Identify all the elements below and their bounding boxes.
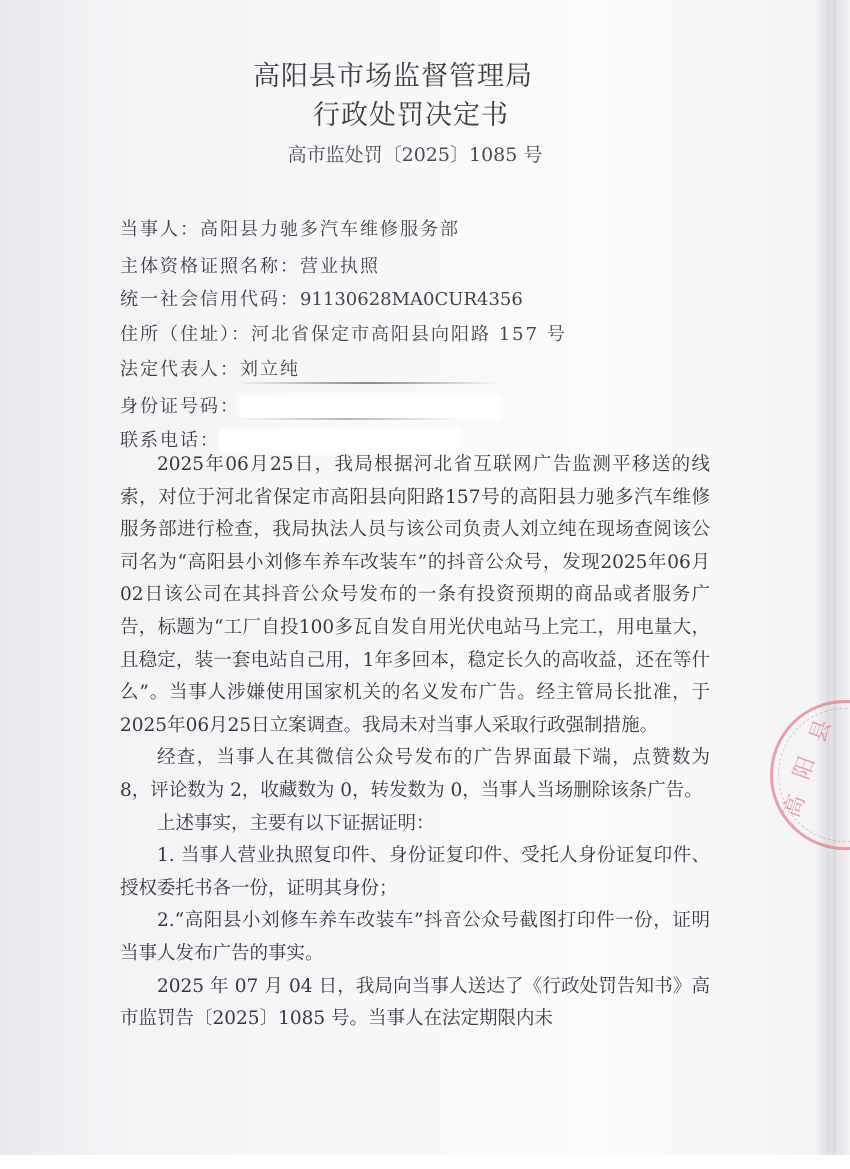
- redaction-edge: [235, 382, 500, 384]
- address-value: 河北省保定市高阳县向阳路 157 号: [251, 324, 567, 345]
- scanned-document-page: 高阳县市场监督管理局 行政处罚决定书 高市监处罚〔2025〕1085 号 当事人…: [0, 0, 850, 1155]
- credit-code-label: 统一社会信用代码：: [120, 289, 300, 310]
- case-facts-paragraph: 2025年06月25日，我局根据河北省互联网广告监测平移送的线索，对位于河北省保…: [120, 449, 710, 742]
- license-name-label: 主体资格证照名称：: [120, 256, 300, 277]
- evidence-item-1: 1. 当事人营业执照复印件、身份证复印件、受托人身份证复印件、授权委托书各一份，…: [120, 840, 710, 905]
- license-name-field: 主体资格证照名称：营业执照: [120, 252, 380, 278]
- id-number-label: 身份证号码：: [120, 396, 240, 417]
- document-number: 高市监处罚〔2025〕1085 号: [0, 140, 830, 167]
- id-number-redacted: [240, 396, 500, 418]
- credit-code-value: 91130628MA0CUR4356: [300, 289, 523, 310]
- credit-code-field: 统一社会信用代码：91130628MA0CUR4356: [120, 285, 523, 311]
- legal-rep-label: 法定代表人：: [120, 359, 240, 380]
- evidence-intro: 上述事实，主要有以下证据证明：: [120, 808, 710, 841]
- license-name-value: 营业执照: [300, 256, 380, 277]
- id-number-field: 身份证号码：: [120, 392, 500, 418]
- legal-rep-field: 法定代表人：刘立纯: [120, 355, 300, 381]
- party-name-field: 当事人：高阳县力驰多汽车维修服务部: [120, 215, 460, 241]
- notice-paragraph: 2025 年 07 月 04 日，我局向当事人送达了《行政处罚告知书》高市监罚告…: [120, 971, 710, 1036]
- scan-bottom-margin: [0, 1155, 850, 1169]
- decision-body: 2025年06月25日，我局根据河北省互联网广告监测平移送的线索，对位于河北省保…: [120, 449, 710, 1036]
- phone-label: 联系电话：: [120, 430, 220, 451]
- legal-rep-value: 刘立纯: [240, 359, 300, 380]
- evidence-item-2: 2.“高阳县小刘修车养车改装车”抖音公众号截图打印件一份，证明当事人发布广告的事…: [120, 905, 710, 970]
- document-type-title: 行政处罚决定书: [16, 93, 806, 132]
- address-field: 住所（住址）：河北省保定市高阳县向阳路 157 号: [120, 320, 567, 346]
- agency-title: 高阳县市场监督管理局: [0, 54, 788, 93]
- party-name-label: 当事人：: [120, 219, 200, 240]
- page-edge-shadow: [830, 0, 836, 1155]
- investigation-paragraph: 经查，当事人在其微信公众号发布的广告界面最下端，点赞数为 8，评论数为 2，收藏…: [120, 742, 710, 807]
- redaction-edge: [232, 418, 462, 420]
- address-label: 住所（住址）：: [120, 324, 251, 345]
- party-name-value: 高阳县力驰多汽车维修服务部: [200, 219, 460, 240]
